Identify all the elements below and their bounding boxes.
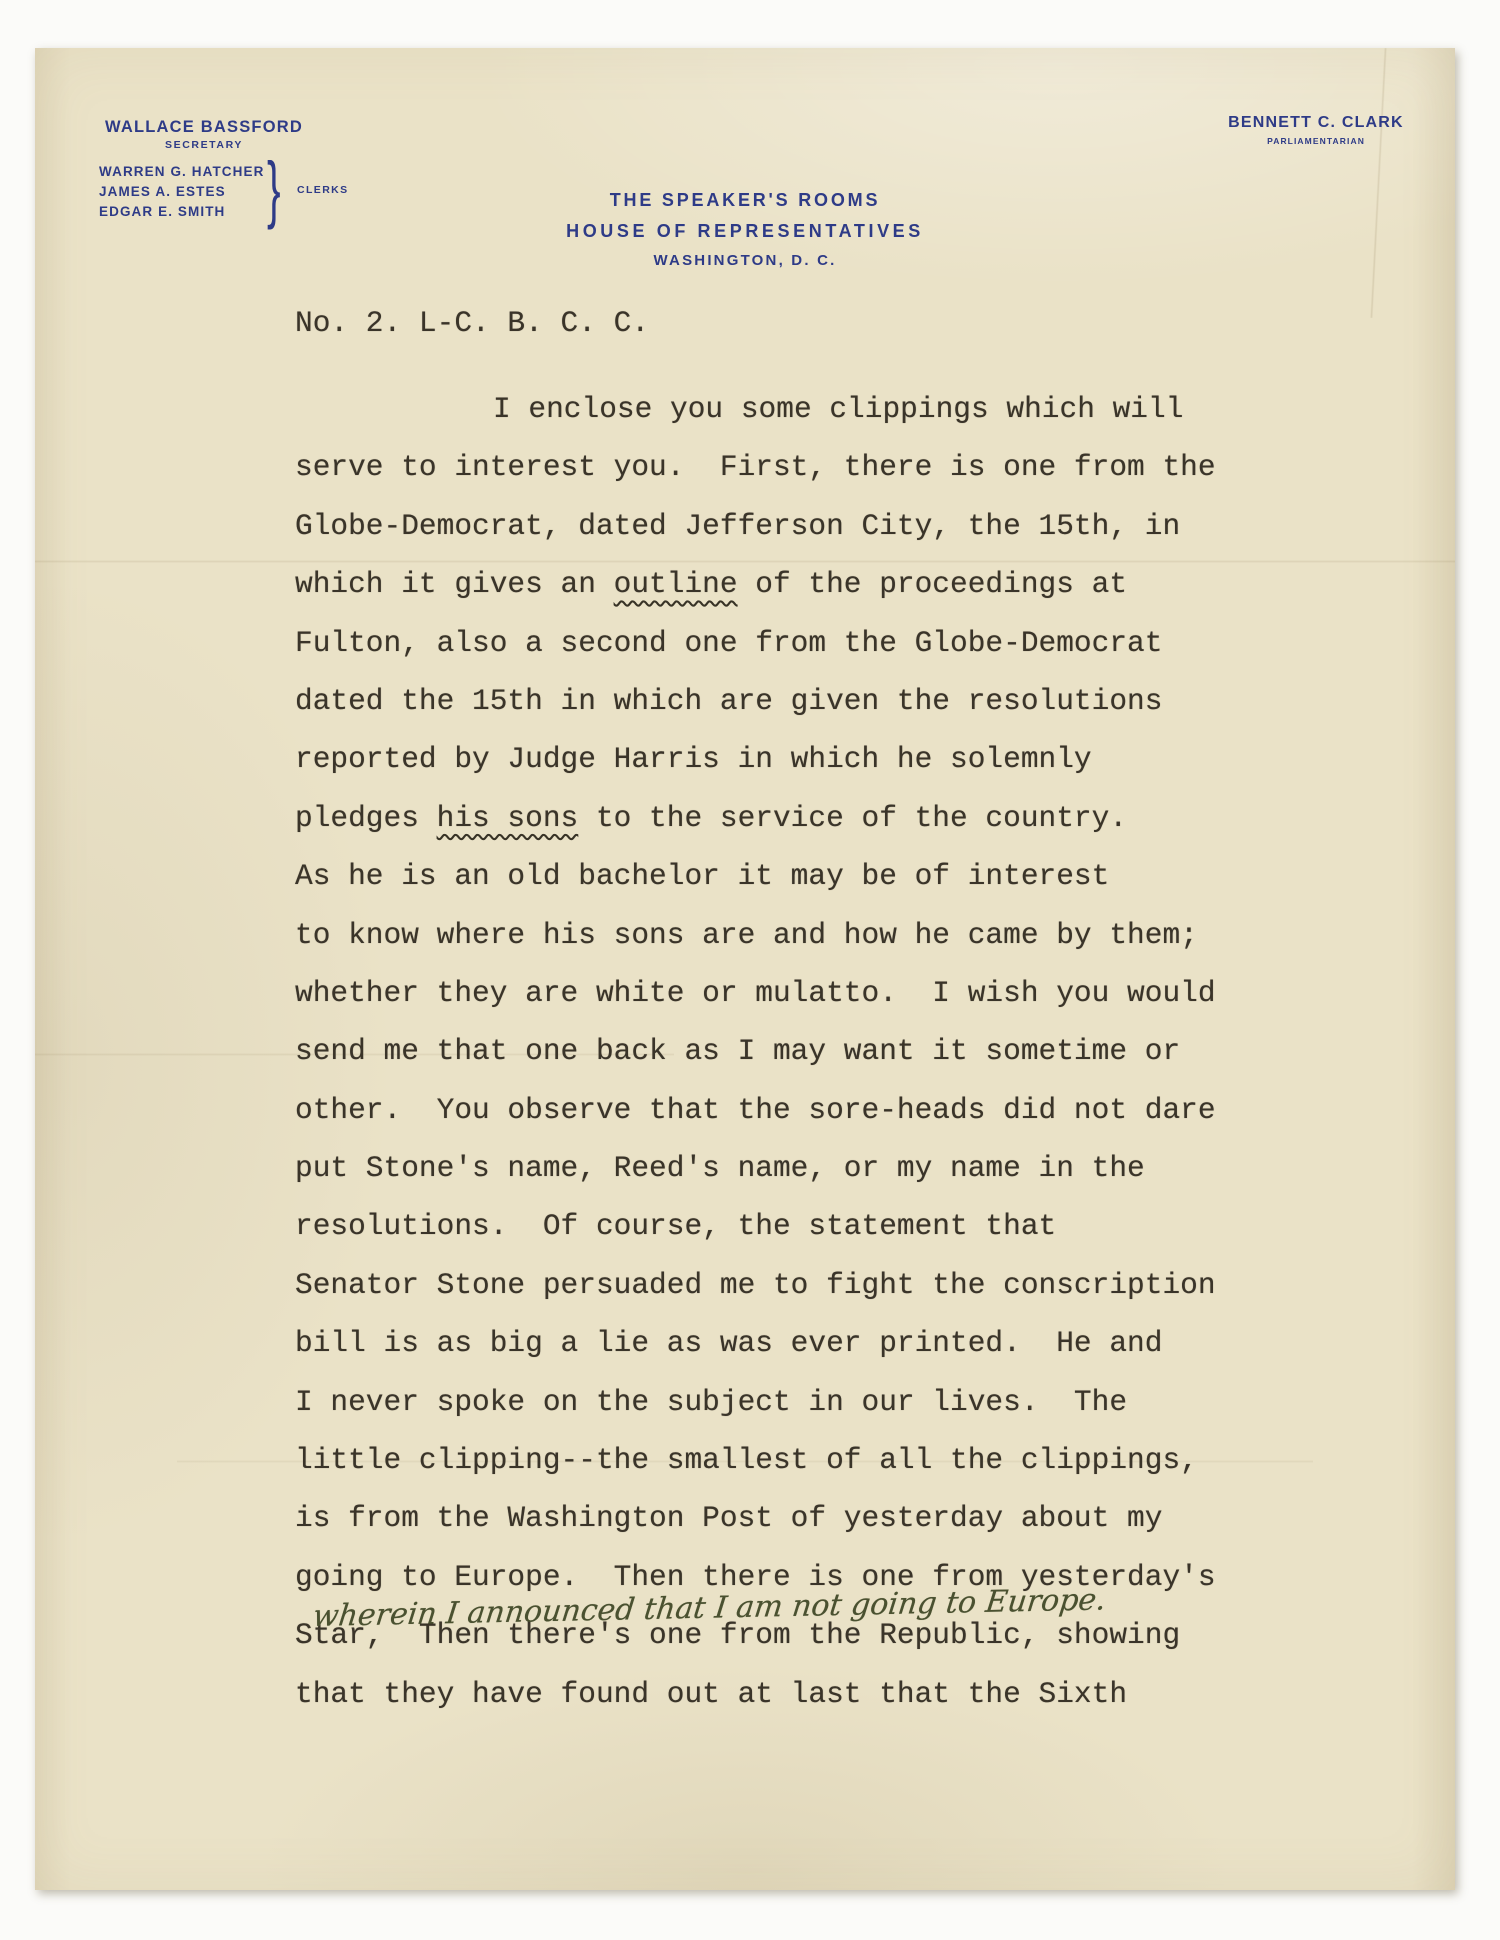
underlined-text: outline bbox=[614, 567, 738, 601]
typed-line: bill is as big a lie as was ever printed… bbox=[295, 1318, 1295, 1376]
typed-line: Fulton, also a second one from the Globe… bbox=[295, 618, 1295, 676]
typed-line: is from the Washington Post of yesterday… bbox=[295, 1493, 1295, 1551]
typed-line: send me that one back as I may want it s… bbox=[295, 1026, 1295, 1084]
typed-line: to know where his sons are and how he ca… bbox=[295, 910, 1295, 968]
typed-text: Globe-Democrat, dated Jefferson City, th… bbox=[295, 509, 1180, 543]
typed-line: I never spoke on the subject in our live… bbox=[295, 1377, 1295, 1435]
typed-text: little clipping--the smallest of all the… bbox=[295, 1443, 1198, 1477]
typed-text: As he is an old bachelor it may be of in… bbox=[295, 859, 1109, 893]
typed-text: pledges bbox=[295, 801, 437, 835]
typed-line: Senator Stone persuaded me to fight the … bbox=[295, 1260, 1295, 1318]
typed-line: serve to interest you. First, there is o… bbox=[295, 442, 1295, 500]
typed-text: that they have found out at last that th… bbox=[295, 1677, 1127, 1711]
letterhead-city: WASHINGTON, D. C. bbox=[35, 252, 1455, 269]
typed-text: send me that one back as I may want it s… bbox=[295, 1034, 1180, 1068]
typed-text: of the proceedings at bbox=[738, 567, 1127, 601]
clerk-name: WARREN G. HATCHER bbox=[99, 164, 264, 179]
typed-text: Fulton, also a second one from the Globe… bbox=[295, 626, 1162, 660]
typed-line: As he is an old bachelor it may be of in… bbox=[295, 851, 1295, 909]
typed-line: Globe-Democrat, dated Jefferson City, th… bbox=[295, 501, 1295, 559]
typed-text: which it gives an bbox=[295, 567, 614, 601]
typed-line: I enclose you some clippings which will bbox=[295, 384, 1295, 442]
typed-text: resolutions. Of course, the statement th… bbox=[295, 1209, 1056, 1243]
typed-line: put Stone's name, Reed's name, or my nam… bbox=[295, 1143, 1295, 1201]
typed-line: other. You observe that the sore-heads d… bbox=[295, 1085, 1295, 1143]
typed-line: reported by Judge Harris in which he sol… bbox=[295, 734, 1295, 792]
typed-text: reported by Judge Harris in which he sol… bbox=[295, 742, 1092, 776]
typed-text: other. You observe that the sore-heads d… bbox=[295, 1093, 1216, 1127]
typed-text: to the service of the country. bbox=[578, 801, 1127, 835]
typed-text: is from the Washington Post of yesterday… bbox=[295, 1501, 1162, 1535]
typed-text: whether they are white or mulatto. I wis… bbox=[295, 976, 1216, 1010]
typed-text: Senator Stone persuaded me to fight the … bbox=[295, 1268, 1216, 1302]
typed-text: I never spoke on the subject in our live… bbox=[295, 1385, 1127, 1419]
typed-line: pledges his sons to the service of the c… bbox=[295, 793, 1295, 851]
parliamentarian-name: BENNETT C. CLARK bbox=[1191, 114, 1441, 132]
typed-text: put Stone's name, Reed's name, or my nam… bbox=[295, 1151, 1145, 1185]
reference-line: No. 2. L-C. B. C. C. bbox=[295, 306, 649, 340]
underlined-text: his sons bbox=[437, 801, 579, 835]
typed-text: serve to interest you. First, there is o… bbox=[295, 450, 1216, 484]
typed-text: bill is as big a lie as was ever printed… bbox=[295, 1326, 1162, 1360]
paper-crease bbox=[1370, 48, 1387, 318]
typed-text: dated the 15th in which are given the re… bbox=[295, 684, 1162, 718]
typed-lines: I enclose you some clippings which wills… bbox=[295, 384, 1295, 1727]
typed-line: that they have found out at last that th… bbox=[295, 1669, 1295, 1727]
letterhead-right-block: BENNETT C. CLARK PARLIAMENTARIAN bbox=[1191, 114, 1441, 146]
typed-line: little clipping--the smallest of all the… bbox=[295, 1435, 1295, 1493]
typed-line: whether they are white or mulatto. I wis… bbox=[295, 968, 1295, 1026]
typed-line: dated the 15th in which are given the re… bbox=[295, 676, 1295, 734]
typed-text: I enclose you some clippings which will bbox=[493, 392, 1183, 426]
letterhead-center-block: THE SPEAKER'S ROOMS HOUSE OF REPRESENTAT… bbox=[35, 190, 1455, 269]
typed-line: resolutions. Of course, the statement th… bbox=[295, 1201, 1295, 1259]
parliamentarian-role: PARLIAMENTARIAN bbox=[1191, 136, 1441, 146]
letterhead-institution: HOUSE OF REPRESENTATIVES bbox=[35, 221, 1455, 242]
typed-text: to know where his sons are and how he ca… bbox=[295, 918, 1198, 952]
letterhead-title: THE SPEAKER'S ROOMS bbox=[35, 190, 1455, 211]
typed-line: which it gives an outline of the proceed… bbox=[295, 559, 1295, 617]
secretary-name: WALLACE BASSFORD bbox=[97, 118, 311, 137]
letter-page: WALLACE BASSFORD SECRETARY WARREN G. HAT… bbox=[35, 48, 1455, 1890]
